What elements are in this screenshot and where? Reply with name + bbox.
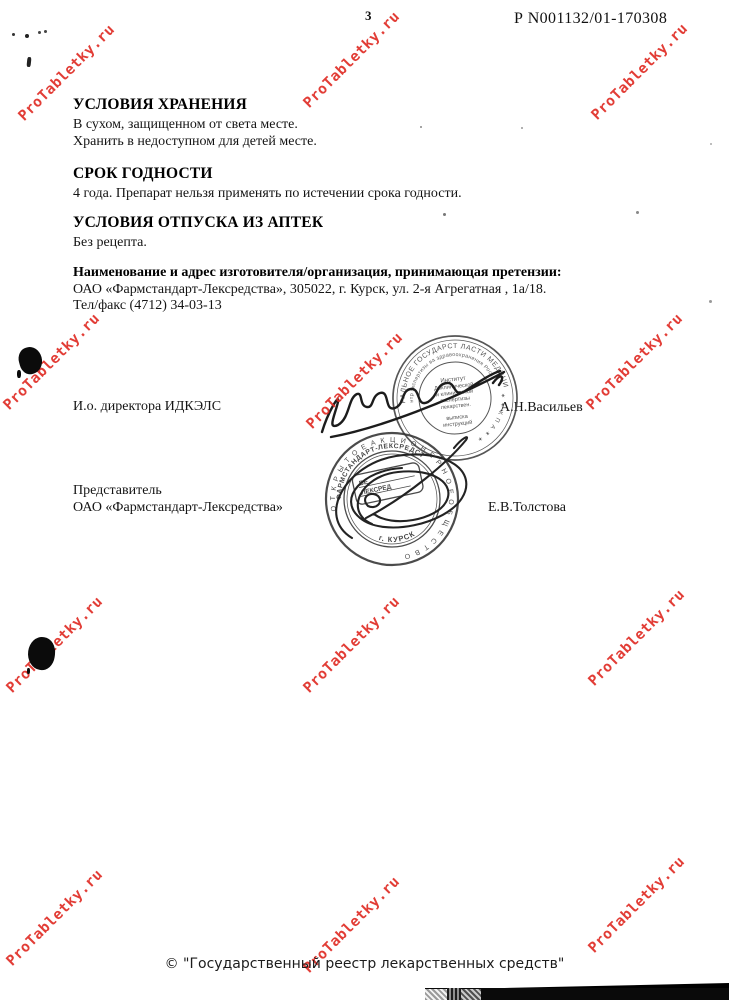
dust-speck <box>25 34 29 38</box>
dust-speck <box>709 300 712 303</box>
scan-artifact-pattern <box>447 988 461 1000</box>
dust-speck <box>521 127 523 129</box>
dust-speck <box>420 126 422 128</box>
ink-blot <box>17 370 21 378</box>
scanned-document-page: 3 Р N001132/01-170308 УСЛОВИЯ ХРАНЕНИЯ В… <box>0 0 729 1000</box>
signature-tolstova <box>336 437 467 538</box>
scan-artifact-pattern <box>461 989 481 1000</box>
signatures-layer <box>0 0 729 1000</box>
dust-speck <box>710 143 712 145</box>
dust-speck <box>44 30 47 33</box>
dust-speck <box>636 211 639 214</box>
ink-blot <box>27 668 30 674</box>
dust-speck <box>12 33 15 36</box>
dust-speck <box>38 31 41 34</box>
scan-artifact-bar <box>425 988 729 1000</box>
footer-registry-credit: © "Государственный реестр лекарственных … <box>0 956 729 972</box>
scan-artifact-pattern <box>425 989 447 1000</box>
dust-speck <box>443 213 446 216</box>
